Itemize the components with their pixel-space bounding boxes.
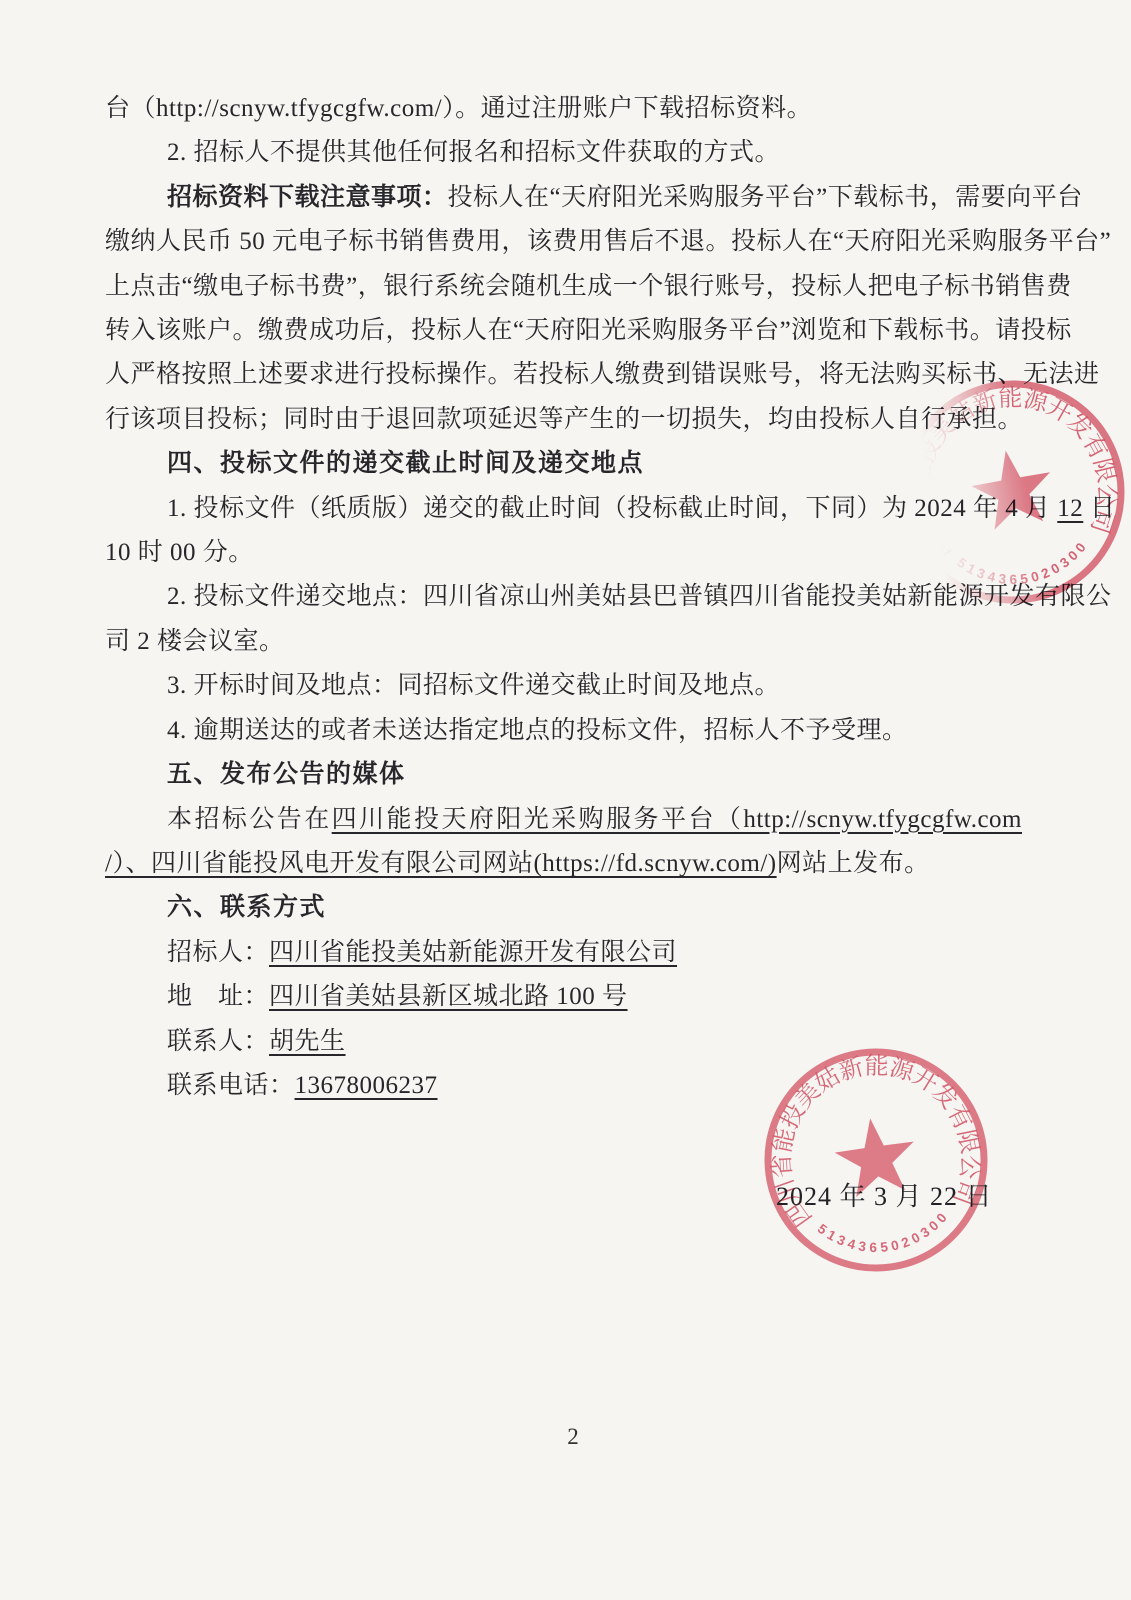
heading-section-5: 五、发布公告的媒体 (105, 753, 1022, 797)
page-number: 2 (558, 1424, 588, 1450)
line-download-notice-1: 招标资料下载注意事项：投标人在“天府阳光采购服务平台”下载标书，需要向平台 (105, 176, 1022, 220)
line-media-1: 本招标公告在四川能投天府阳光采购服务平台（http://scnyw.tfygcg… (105, 798, 1022, 842)
scanned-document-page: 台（http://scnyw.tfygcgfw.com/）。通过注册账户下载招标… (0, 0, 1131, 1600)
line-download-notice-5: 人严格按照上述要求进行投标操作。若投标人缴费到错误账号，将无法购买标书、无法进 (105, 353, 1022, 397)
line-platform-url-continuation: 台（http://scnyw.tfygcgfw.com/）。通过注册账户下载招标… (105, 87, 1022, 131)
line-media-2: /）、四川省能投风电开发有限公司网站(https://fd.scnyw.com/… (105, 842, 1022, 886)
line-deadline-1: 1. 投标文件（纸质版）递交的截止时间（投标截止时间，下同）为 2024 年 4… (105, 487, 1022, 531)
line-deadline-2: 10 时 00 分。 (105, 531, 1022, 575)
line-bid-opening: 3. 开标时间及地点：同招标文件递交截止时间及地点。 (105, 664, 1022, 708)
line-contact-person: 联系人：胡先生 (105, 1020, 1022, 1064)
line-late-delivery: 4. 逾期送达的或者未送达指定地点的投标文件，招标人不予受理。 (105, 709, 1022, 753)
line-download-notice-2: 缴纳人民币 50 元电子标书销售费用，该费用售后不退。投标人在“天府阳光采购服务… (105, 220, 1022, 264)
line-contact-phone: 联系电话：13678006237 (105, 1064, 1022, 1108)
line-download-notice-6: 行该项目投标；同时由于退回款项延迟等产生的一切损失，均由投标人自行承担。 (105, 398, 1022, 442)
line-address: 地 址：四川省美姑县新区城北路 100 号 (105, 975, 1022, 1019)
line-tenderer: 招标人：四川省能投美姑新能源开发有限公司 (105, 931, 1022, 975)
heading-section-6: 六、联系方式 (105, 886, 1022, 930)
document-lines: 台（http://scnyw.tfygcgfw.com/）。通过注册账户下载招标… (105, 87, 1022, 1108)
line-item-2-no-other-way: 2. 招标人不提供其他任何报名和招标文件获取的方式。 (105, 131, 1022, 175)
line-delivery-place-2: 司 2 楼会议室。 (105, 620, 1022, 664)
line-download-notice-4: 转入该账户。缴费成功后，投标人在“天府阳光采购服务平台”浏览和下载标书。请投标 (105, 309, 1022, 353)
line-delivery-place-1: 2. 投标文件递交地点：四川省凉山州美姑县巴普镇四川省能投美姑新能源开发有限公 (105, 575, 1022, 619)
line-download-notice-3: 上点击“缴电子标书费”，银行系统会随机生成一个银行账号，投标人把电子标书销售费 (105, 265, 1022, 309)
seal-date-text: 2024 年 3 月 22 日 (776, 1176, 993, 1213)
heading-section-4: 四、投标文件的递交截止时间及递交地点 (105, 442, 1022, 486)
